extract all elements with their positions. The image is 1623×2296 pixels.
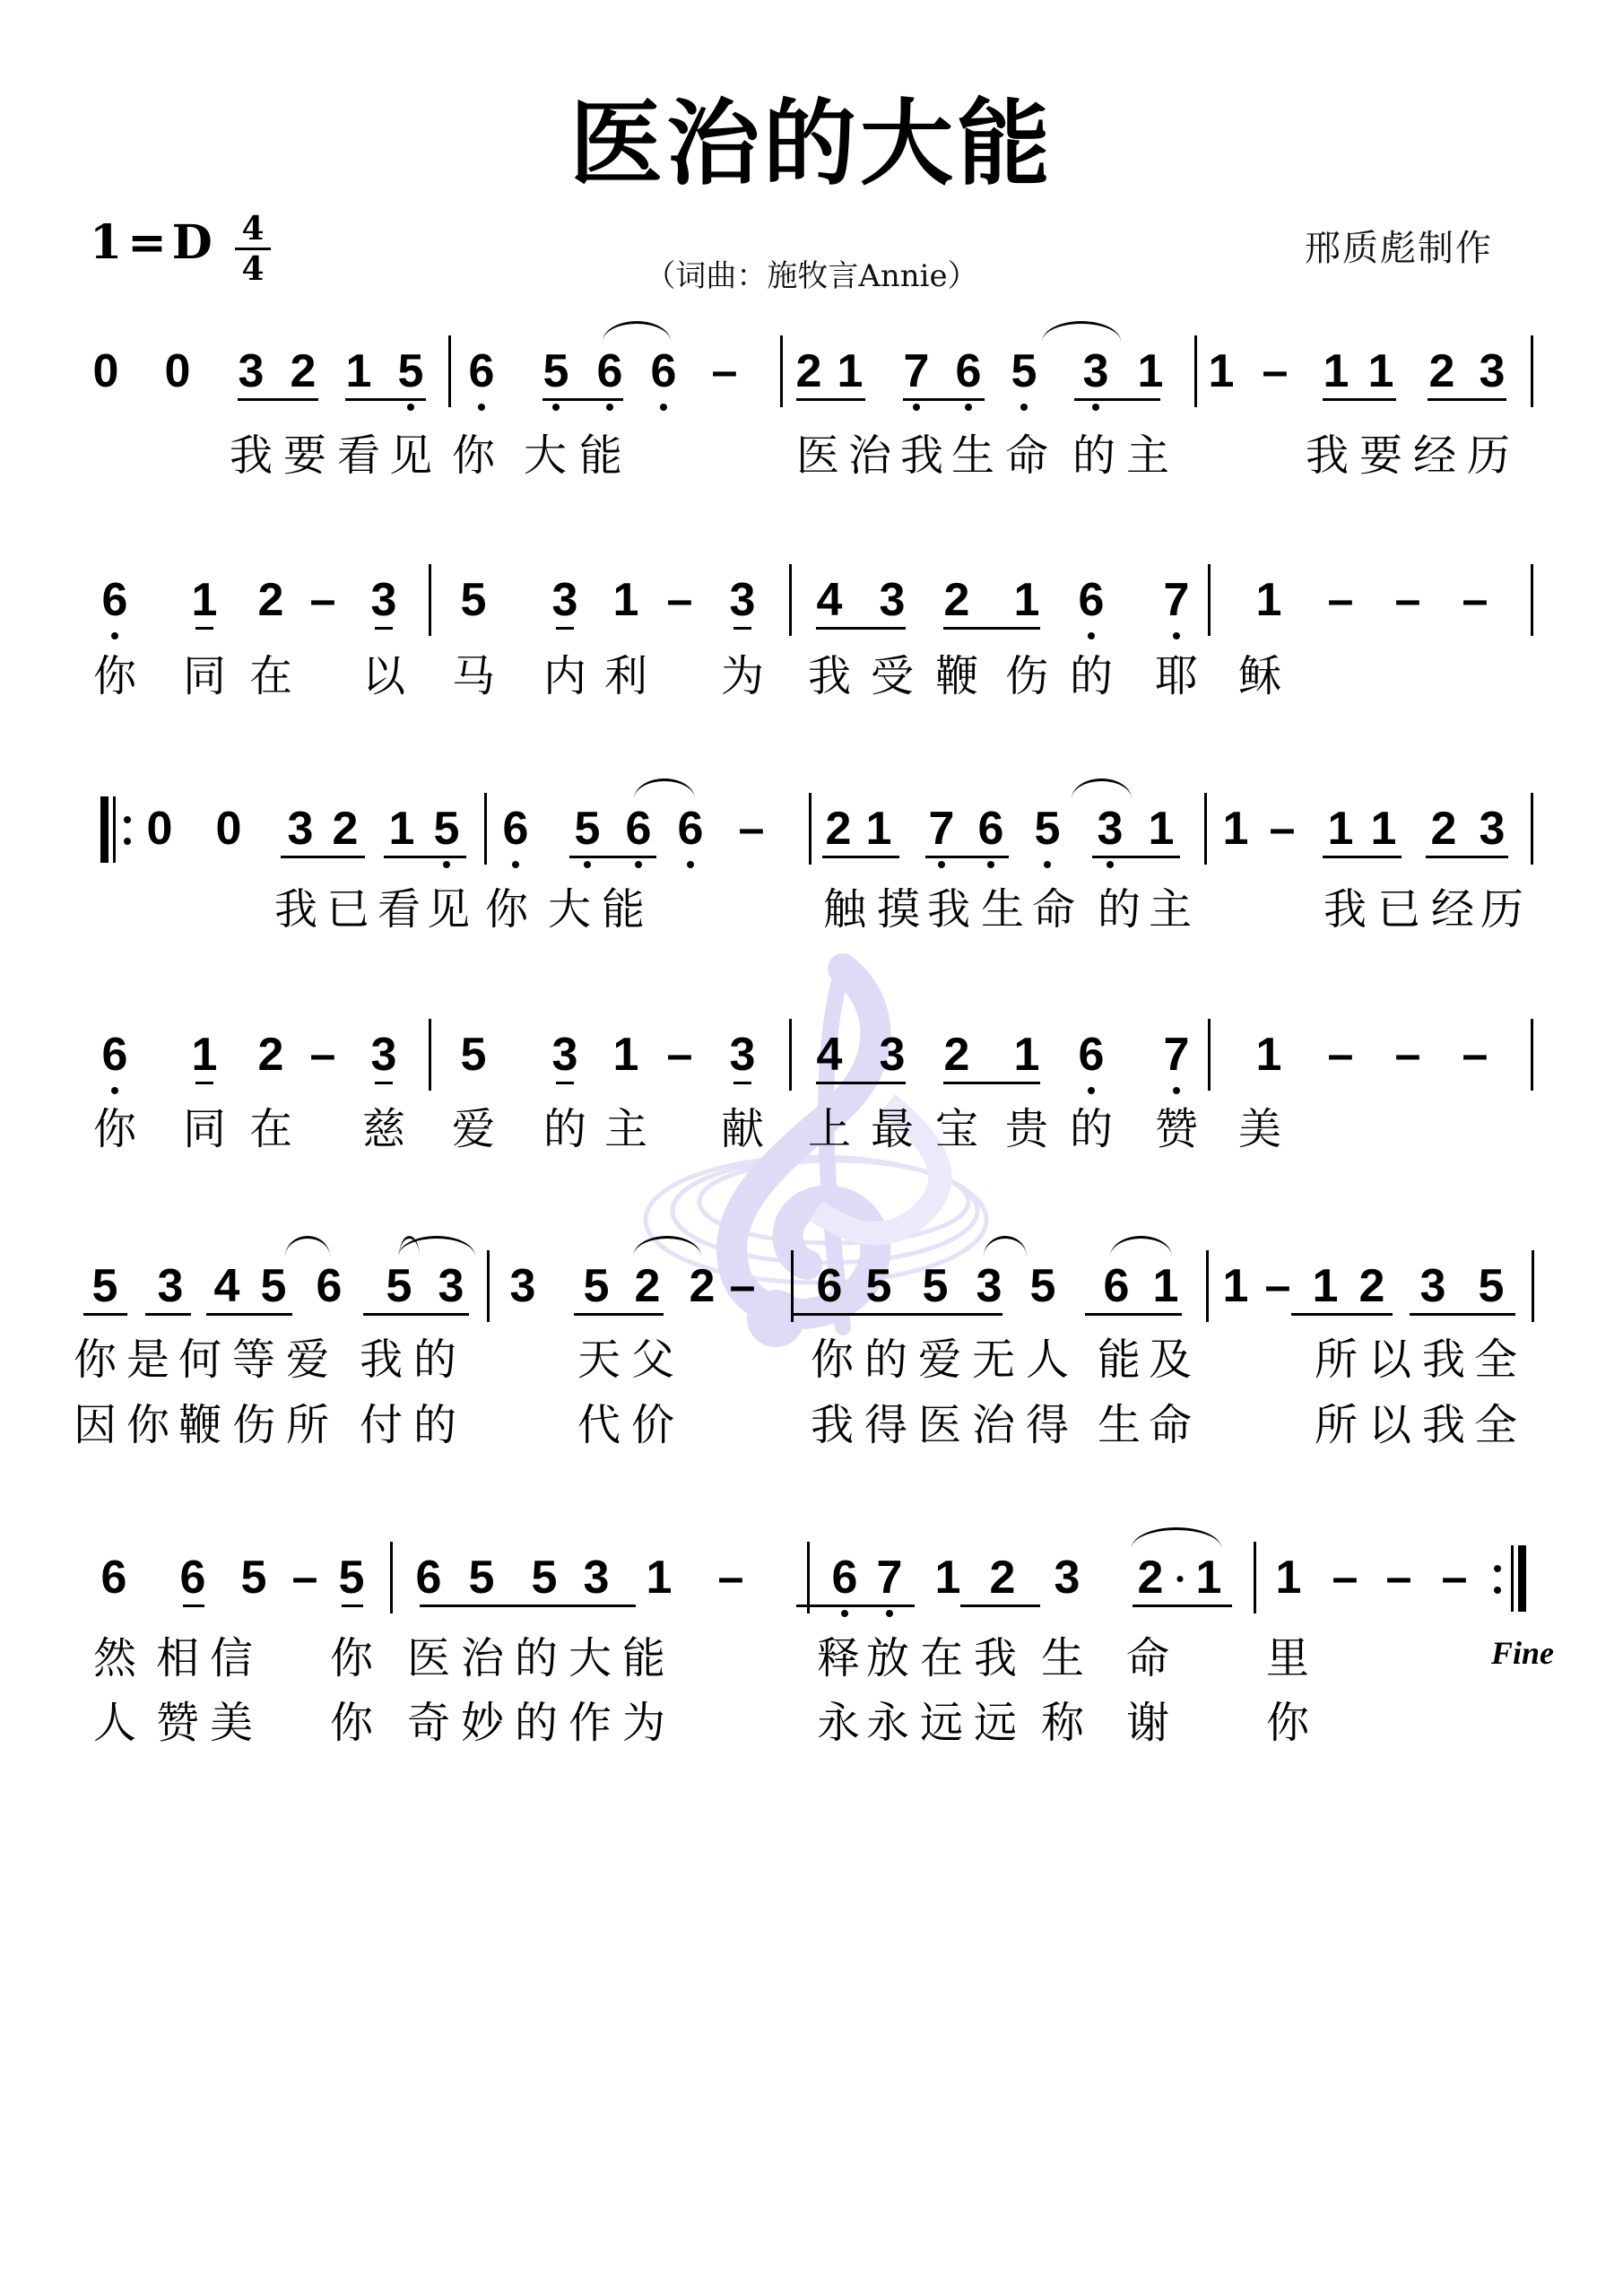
lyric-char: 能 — [1098, 1338, 1141, 1381]
lyric-char: 治 — [972, 1404, 1015, 1447]
beam-underline — [1085, 1313, 1182, 1316]
beam-underline — [1200, 1605, 1223, 1607]
barline — [1206, 1250, 1209, 1322]
lyric-char: 在 — [920, 1637, 963, 1680]
sustain-dash: – — [1395, 577, 1421, 623]
note: 5 — [1011, 348, 1037, 395]
note: 5 — [92, 1263, 118, 1309]
lyric-char: 付 — [360, 1404, 403, 1447]
note: 6 — [832, 1554, 858, 1601]
tie-arc — [1072, 778, 1132, 799]
note: 1 — [647, 1554, 673, 1601]
lyric-char: 大 — [548, 888, 591, 931]
lyric-char: 你 — [93, 1108, 136, 1151]
note: 5 — [532, 1554, 558, 1601]
lyric-char: 我 — [1324, 888, 1367, 931]
lyric-char: 医 — [407, 1637, 450, 1680]
lyric-char: 何 — [178, 1338, 221, 1381]
note: 1 — [1153, 1263, 1179, 1309]
beam-underline — [375, 1082, 393, 1084]
lyric-char: 你 — [74, 1338, 117, 1381]
lyric-char: 命 — [1032, 888, 1075, 931]
note: 1 — [1223, 1263, 1249, 1309]
note: 2 — [796, 348, 822, 395]
note: 2 — [258, 577, 284, 623]
lyric-char: 伤 — [1005, 655, 1048, 698]
beam-underline — [816, 627, 906, 630]
lyric-char: 治 — [461, 1637, 504, 1680]
note: 4 — [817, 577, 843, 623]
note: 2 — [1359, 1263, 1385, 1309]
barline — [429, 564, 431, 636]
sustain-dash: – — [1263, 348, 1289, 395]
low-octave-dot — [512, 861, 519, 868]
note: 1 — [192, 1031, 218, 1078]
low-octave-dot — [1173, 1087, 1180, 1094]
lyric-char: 大 — [524, 434, 567, 477]
barline — [1208, 564, 1211, 636]
beam-underline — [420, 1605, 493, 1607]
beam-underline — [1074, 398, 1160, 401]
barline — [429, 1019, 431, 1091]
beam-underline — [281, 856, 365, 858]
low-octave-dot — [478, 404, 485, 411]
note: 1 — [1324, 348, 1350, 395]
lyric-char: 的 — [413, 1338, 456, 1381]
lyric-char: 内 — [543, 655, 586, 698]
tie-arc — [1132, 1527, 1221, 1548]
tie-arc — [603, 321, 671, 342]
beam-underline — [861, 1605, 915, 1607]
lyric-char: 天 — [577, 1338, 621, 1381]
barline — [1531, 1019, 1533, 1091]
note: 1 — [1209, 348, 1235, 395]
lyric-char: 你 — [1266, 1701, 1309, 1744]
lyric-char: 全 — [1474, 1338, 1517, 1381]
beam-underline — [733, 627, 751, 630]
note: 7 — [904, 348, 930, 395]
low-octave-dot — [987, 861, 994, 868]
beam-underline — [206, 1313, 253, 1316]
note: 3 — [730, 1031, 756, 1078]
low-octave-dot — [841, 1610, 848, 1617]
note: 6 — [1104, 1263, 1130, 1309]
note: 7 — [1164, 1031, 1190, 1078]
lyric-char: 我 — [360, 1338, 403, 1381]
note: 6 — [469, 348, 495, 395]
note: 3 — [880, 1031, 906, 1078]
note: 1 — [613, 1031, 639, 1078]
beam-underline — [249, 1313, 292, 1316]
note: 3 — [1480, 805, 1506, 852]
augmentation-dot — [1177, 1576, 1184, 1582]
lyric-char: 我 — [974, 1637, 1017, 1680]
note: 7 — [877, 1554, 903, 1601]
note: 6 — [1079, 577, 1105, 623]
lyric-char: 要 — [1359, 434, 1402, 477]
barline — [448, 335, 451, 407]
low-octave-dot — [584, 861, 591, 868]
note: 5 — [339, 1554, 365, 1601]
beam-underline — [375, 627, 393, 630]
lyric-char: 贵 — [1005, 1108, 1048, 1151]
lyric-char: 及 — [1149, 1338, 1192, 1381]
low-octave-dot — [111, 632, 118, 639]
note: 1 — [389, 805, 415, 852]
sustain-dash: – — [1442, 1554, 1468, 1601]
beam-underline — [943, 627, 1040, 630]
beam-underline — [574, 1313, 664, 1316]
note: 3 — [976, 1263, 1002, 1309]
beam-underline — [1410, 1313, 1515, 1316]
note: 1 — [613, 577, 639, 623]
note: 3 — [1083, 348, 1109, 395]
lyric-char: 主 — [1149, 888, 1192, 931]
low-octave-dot — [1088, 1087, 1095, 1094]
tie-arc — [633, 1236, 701, 1257]
note: 3 — [584, 1554, 610, 1601]
note: 6 — [626, 805, 652, 852]
note: 5 — [1479, 1263, 1505, 1309]
sustain-dash: – — [1270, 805, 1296, 852]
lyric-char: 在 — [249, 655, 292, 698]
note: 1 — [1014, 1031, 1040, 1078]
lyric-char: 要 — [283, 434, 326, 477]
beam-underline — [1323, 398, 1396, 401]
note: 6 — [101, 1554, 127, 1601]
note: 2 — [990, 1554, 1016, 1601]
lyric-char: 历 — [1480, 888, 1523, 931]
note: 1 — [838, 348, 864, 395]
note: 4 — [817, 1031, 843, 1078]
lyric-char: 摸 — [877, 888, 920, 931]
lyric-char: 马 — [452, 655, 495, 698]
time-signature-top: 4 — [235, 212, 271, 246]
lyric-char: 利 — [604, 655, 647, 698]
low-octave-dot — [443, 861, 450, 868]
note: 5 — [575, 805, 601, 852]
low-octave-dot — [1020, 404, 1028, 411]
barline — [789, 564, 792, 636]
lyric-char: 以 — [362, 655, 405, 698]
lyric-char: 的 — [1070, 655, 1113, 698]
note: 0 — [216, 805, 242, 852]
barline — [487, 1250, 490, 1322]
low-octave-dot — [552, 404, 560, 411]
sustain-dash: – — [730, 1263, 756, 1309]
low-octave-dot — [606, 404, 613, 411]
lyric-char: 以 — [1368, 1404, 1411, 1447]
note: 0 — [147, 805, 173, 852]
beam-underline — [195, 1082, 213, 1084]
lyric-char: 爱 — [918, 1338, 961, 1381]
barline — [809, 793, 811, 865]
note: 5 — [461, 577, 487, 623]
note: 3 — [552, 1031, 578, 1078]
note: 2 — [333, 805, 359, 852]
note: 1 — [1328, 805, 1354, 852]
lyric-char: 你 — [330, 1637, 373, 1680]
note: 3 — [1480, 348, 1506, 395]
lyric-char: 伤 — [232, 1404, 275, 1447]
note: 7 — [929, 805, 955, 852]
lyric-char: 代 — [577, 1404, 621, 1447]
repeat-start-thin-bar — [113, 796, 116, 863]
note: 3 — [158, 1263, 184, 1309]
lyric-char: 作 — [568, 1701, 612, 1744]
note: 5 — [398, 348, 424, 395]
lyric-char: 见 — [389, 434, 432, 477]
lyric-char: 的 — [543, 1108, 586, 1151]
lyric-char: 生 — [951, 434, 994, 477]
beam-underline — [569, 856, 656, 858]
repeat-dot — [124, 816, 131, 823]
lyric-char: 看 — [337, 434, 380, 477]
note: 5 — [866, 1263, 892, 1309]
lyric-char: 然 — [93, 1637, 136, 1680]
sustain-dash: – — [1265, 1263, 1291, 1309]
beam-underline — [968, 1605, 1040, 1607]
beam-underline — [822, 856, 899, 858]
beam-underline — [1323, 856, 1402, 858]
barline — [1208, 1019, 1211, 1091]
note: 1 — [1313, 1263, 1339, 1309]
lyric-char: 的 — [1098, 888, 1141, 931]
lyric-char: 爱 — [452, 1108, 495, 1151]
note: 5 — [434, 805, 460, 852]
tie-arc — [634, 778, 695, 799]
beam-underline — [556, 627, 574, 630]
note: 7 — [1164, 577, 1190, 623]
barline — [1531, 793, 1533, 865]
low-octave-dot — [886, 1610, 893, 1617]
low-octave-dot — [965, 404, 972, 411]
beam-underline — [542, 398, 623, 401]
lyric-char: 爱 — [286, 1338, 329, 1381]
sustain-dash: – — [1462, 1031, 1488, 1078]
note: 1 — [1149, 805, 1175, 852]
beam-underline — [342, 1605, 363, 1607]
lyric-char: 谢 — [1126, 1701, 1169, 1744]
lyric-char: 触 — [823, 888, 866, 931]
sustain-dash: – — [718, 1554, 744, 1601]
lyric-char: 为 — [622, 1701, 665, 1744]
sustain-dash: – — [1386, 1554, 1412, 1601]
fine-marking: Fine — [1491, 1634, 1554, 1672]
beam-underline — [561, 1605, 636, 1607]
sustain-dash: – — [712, 348, 738, 395]
barline — [1532, 1250, 1534, 1322]
note: 6 — [416, 1554, 442, 1601]
beam-underline — [1291, 1313, 1351, 1316]
lyric-char: 以 — [1368, 1338, 1411, 1381]
lyric-char: 释 — [817, 1637, 860, 1680]
note: 6 — [102, 577, 128, 623]
repeat-dot — [1494, 1587, 1501, 1594]
note: 4 — [214, 1263, 240, 1309]
note: 3 — [1098, 805, 1124, 852]
repeat-dot — [1494, 1565, 1501, 1572]
note: 1 — [1276, 1554, 1302, 1601]
beam-underline — [183, 1605, 204, 1607]
barline — [791, 1250, 794, 1322]
sustain-dash: – — [667, 577, 693, 623]
lyric-char: 治 — [848, 434, 891, 477]
lyric-char: 你 — [126, 1404, 169, 1447]
lyric-char: 受 — [871, 655, 914, 698]
note: 3 — [1420, 1263, 1446, 1309]
note: 1 — [935, 1554, 961, 1601]
lyric-char: 耶 — [1155, 655, 1198, 698]
lyric-char: 永 — [866, 1701, 909, 1744]
note: 6 — [317, 1263, 343, 1309]
lyric-char: 主 — [604, 1108, 647, 1151]
note: 5 — [469, 1554, 495, 1601]
lyric-char: 稣 — [1238, 655, 1281, 698]
lyric-char: 生 — [1041, 1637, 1084, 1680]
note: 2 — [944, 577, 970, 623]
note: 3 — [510, 1263, 536, 1309]
lyric-char: 你 — [452, 434, 495, 477]
lyric-char: 慈 — [362, 1108, 405, 1151]
lyric-char: 等 — [232, 1338, 275, 1381]
note: 5 — [543, 348, 569, 395]
lyric-char: 妙 — [461, 1701, 504, 1744]
beam-underline — [796, 398, 865, 401]
lyric-char: 价 — [631, 1404, 674, 1447]
barline — [1531, 564, 1533, 636]
lyric-char: 能 — [579, 434, 622, 477]
note: 5 — [261, 1263, 287, 1309]
note: 6 — [102, 1031, 128, 1078]
sustain-dash: – — [1462, 577, 1488, 623]
arranger-credit: 邢质彪制作 — [1305, 220, 1493, 271]
lyric-char: 主 — [1126, 434, 1169, 477]
note: 2 — [258, 1031, 284, 1078]
lyric-char: 相 — [156, 1637, 199, 1680]
lyric-char: 看 — [378, 888, 421, 931]
lyric-char: 的 — [1070, 1108, 1113, 1151]
beam-underline — [903, 398, 985, 401]
note: 6 — [978, 805, 1004, 852]
note: 5 — [1035, 805, 1061, 852]
low-octave-dot — [1044, 861, 1051, 868]
note: 1 — [1014, 577, 1040, 623]
lyric-char: 的 — [413, 1404, 456, 1447]
lyric-char: 同 — [183, 1108, 226, 1151]
lyric-char: 你 — [93, 655, 136, 698]
lyric-char: 远 — [974, 1701, 1017, 1744]
note: 1 — [866, 805, 892, 852]
lyric-char: 经 — [1431, 888, 1474, 931]
beam-underline — [384, 856, 466, 858]
low-octave-dot — [407, 404, 414, 411]
note: 2 — [291, 348, 317, 395]
note: 3 — [288, 805, 314, 852]
lyric-char: 父 — [631, 1338, 674, 1381]
note: 3 — [552, 577, 578, 623]
lyric-char: 美 — [1238, 1108, 1281, 1151]
low-octave-dot — [635, 861, 642, 868]
lyric-char: 得 — [1026, 1404, 1069, 1447]
lyric-char: 我 — [808, 655, 851, 698]
sustain-dash: – — [310, 577, 336, 623]
note: 3 — [438, 1263, 464, 1309]
lyric-char: 我 — [230, 434, 273, 477]
lyric-char: 里 — [1266, 1637, 1309, 1680]
lyric-char: 同 — [183, 655, 226, 698]
low-octave-dot — [1107, 861, 1114, 868]
note: 6 — [651, 348, 677, 395]
tie-arc — [1110, 1236, 1172, 1257]
sustain-dash: – — [1332, 1554, 1358, 1601]
note: 5 — [1030, 1263, 1056, 1309]
note: 1 — [1223, 805, 1249, 852]
note: 5 — [461, 1031, 487, 1078]
barline — [1254, 1542, 1256, 1613]
note: 2 — [1138, 1554, 1164, 1601]
sustain-dash: – — [310, 1031, 336, 1078]
note: 6 — [956, 348, 982, 395]
lyric-char: 我 — [811, 1404, 854, 1447]
beam-underline — [556, 1082, 574, 1084]
lyric-char: 美 — [210, 1701, 253, 1744]
lyric-char: 奇 — [407, 1701, 450, 1744]
lyric-char: 宝 — [935, 1108, 978, 1151]
note: 1 — [1256, 1031, 1282, 1078]
lyric-char: 我 — [1422, 1338, 1465, 1381]
note: 6 — [180, 1554, 206, 1601]
low-octave-dot — [687, 861, 694, 868]
note: 0 — [93, 348, 119, 395]
beam-underline — [363, 1313, 421, 1316]
lyric-char: 放 — [866, 1637, 909, 1680]
barline — [1194, 335, 1197, 407]
lyric-char: 的 — [864, 1338, 907, 1381]
lyric-char: 无 — [972, 1338, 1015, 1381]
note: 1 — [1256, 577, 1282, 623]
sustain-dash: – — [739, 805, 765, 852]
beam-underline — [811, 1313, 898, 1316]
tie-arc — [1042, 321, 1121, 342]
lyric-char: 是 — [126, 1338, 169, 1381]
barline — [789, 1019, 792, 1091]
beam-underline — [1428, 398, 1506, 401]
note: 1 — [1368, 348, 1394, 395]
beam-underline — [943, 1082, 1040, 1084]
note: 6 — [817, 1263, 843, 1309]
lyric-char: 上 — [808, 1108, 851, 1151]
note: 2 — [826, 805, 852, 852]
low-octave-dot — [913, 404, 920, 411]
lyric-char: 赞 — [156, 1701, 199, 1744]
beam-underline — [489, 1605, 562, 1607]
lyric-char: 已 — [326, 888, 369, 931]
beam-underline — [345, 398, 426, 401]
lyric-char: 你 — [811, 1338, 854, 1381]
lyric-char: 为 — [721, 655, 764, 698]
lyric-char: 经 — [1413, 434, 1456, 477]
note: 1 — [1138, 348, 1164, 395]
barline — [807, 1542, 810, 1613]
barline — [1531, 335, 1533, 407]
sustain-dash: – — [1395, 1031, 1421, 1078]
lyric-char: 信 — [210, 1637, 253, 1680]
lyric-char: 赞 — [1155, 1108, 1198, 1151]
note: 5 — [241, 1554, 267, 1601]
note: 1 — [346, 348, 372, 395]
low-octave-dot — [1088, 632, 1095, 639]
